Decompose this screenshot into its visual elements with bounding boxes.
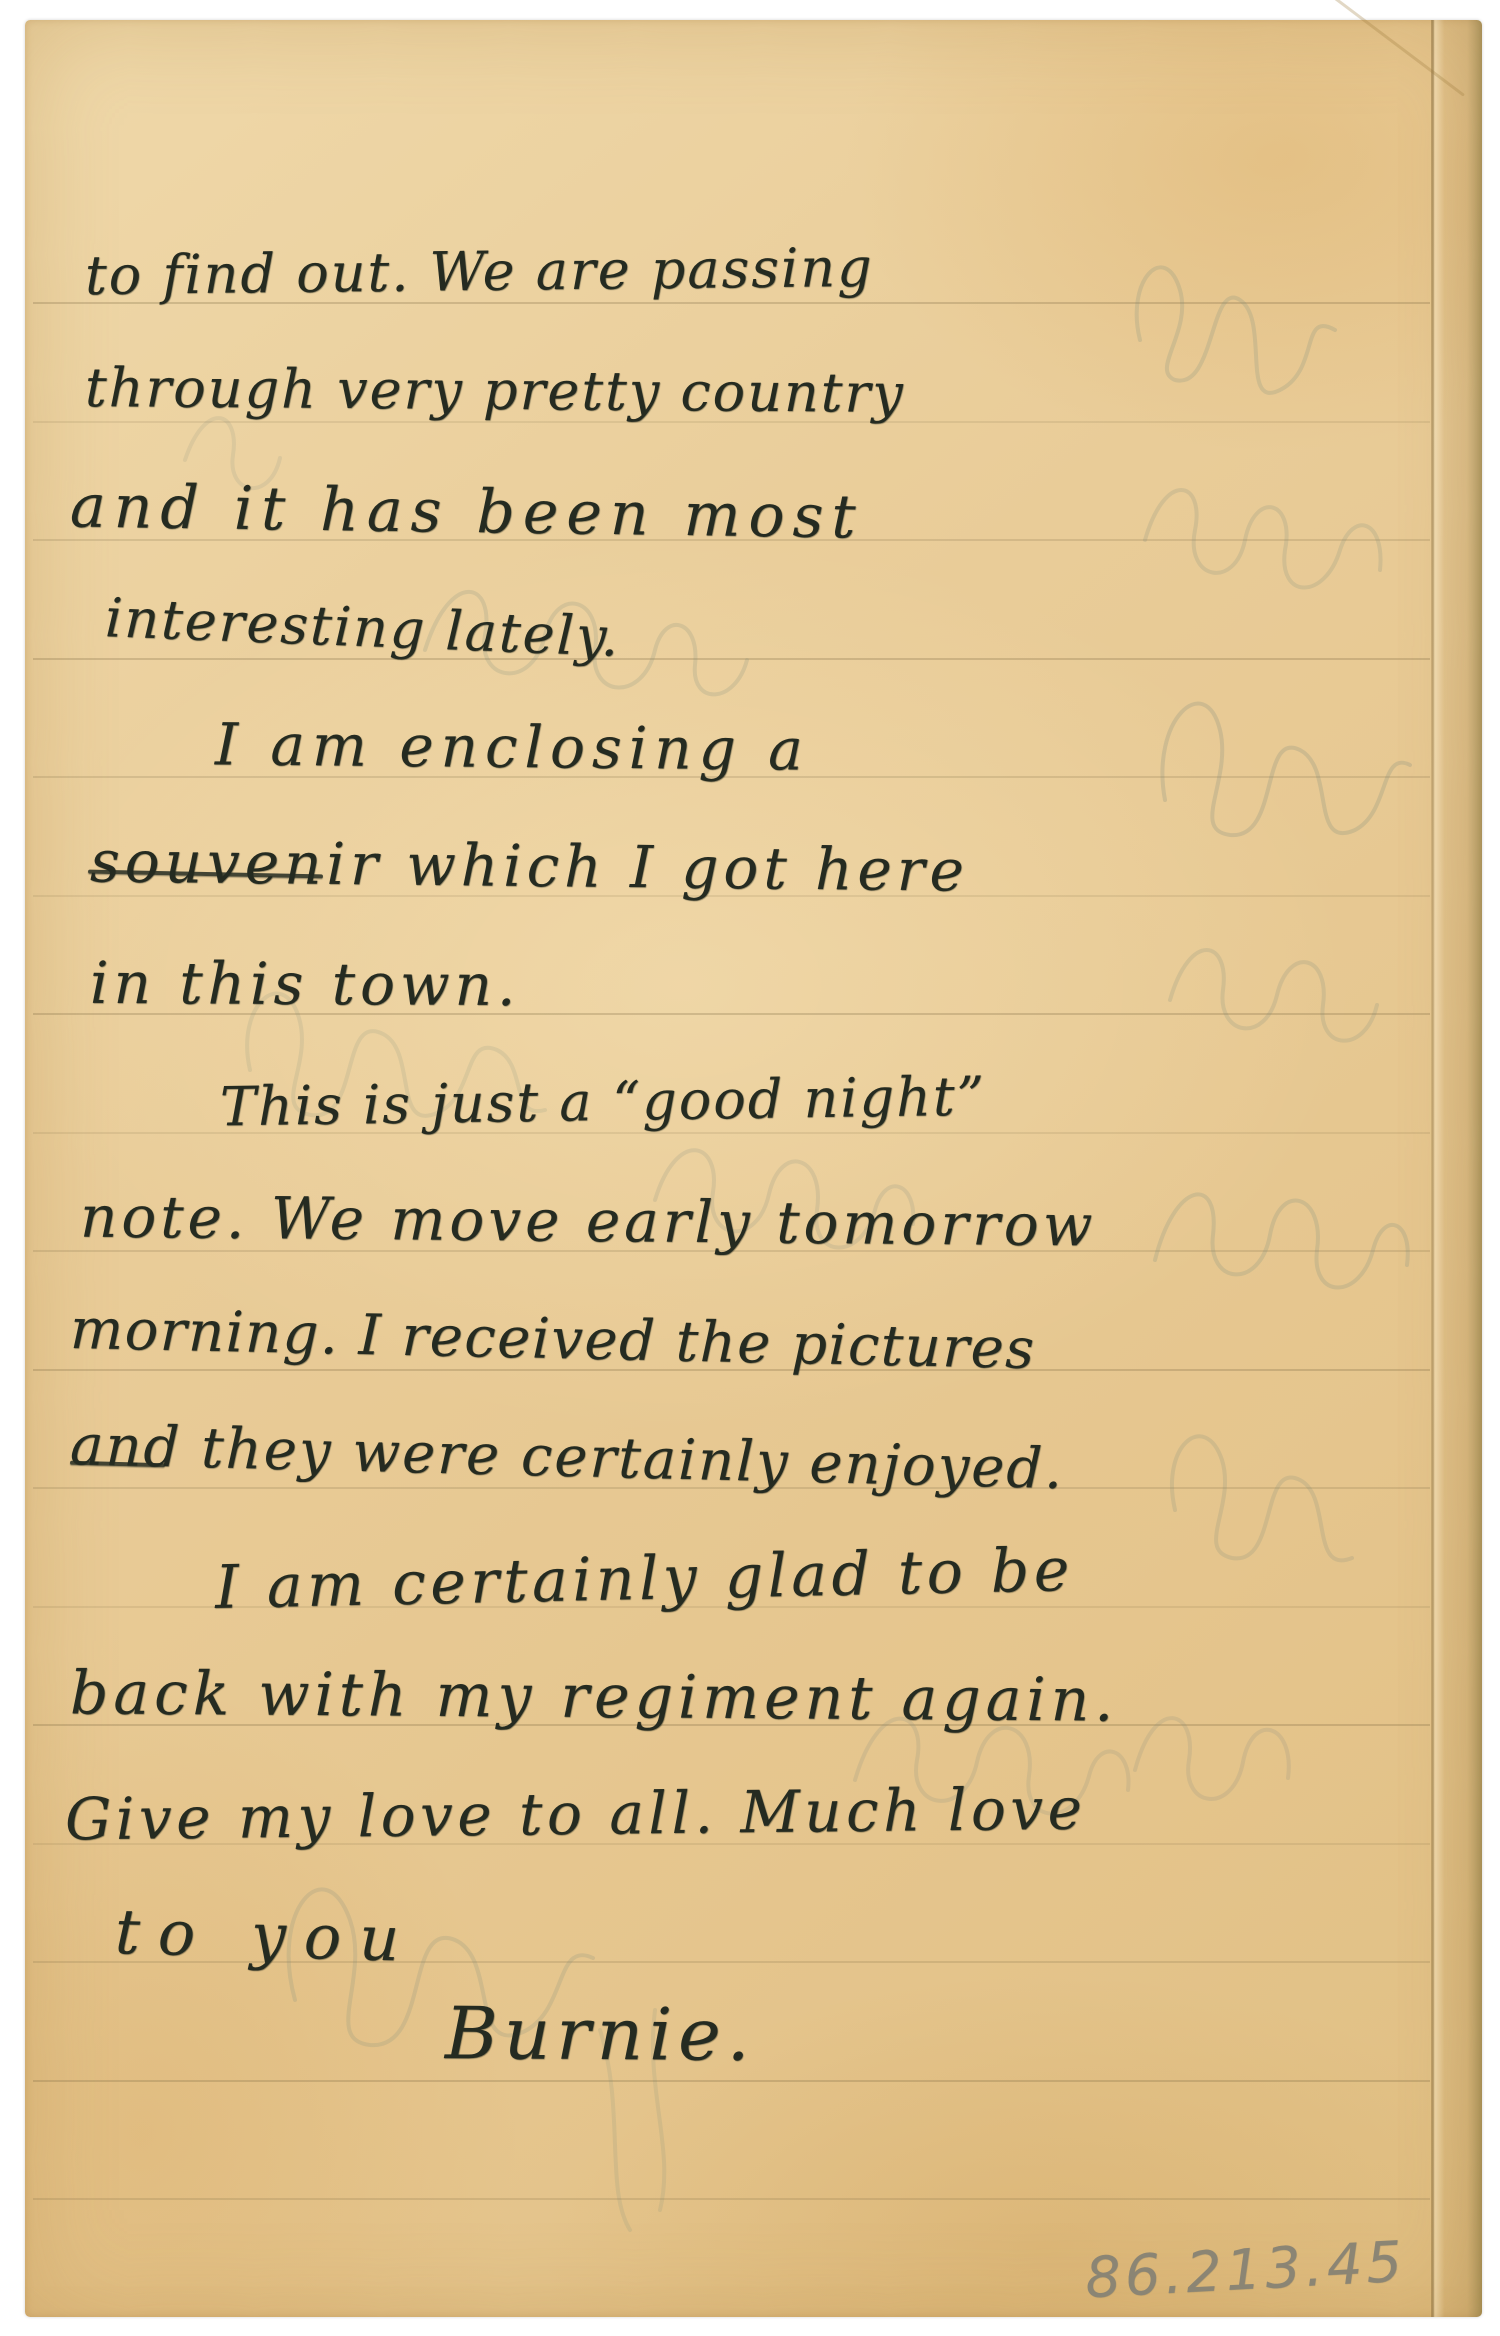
ruled-line xyxy=(33,2080,1430,2082)
letter-line: to find out. We are passing xyxy=(85,238,874,306)
letter-line: note. We move early tomorrow xyxy=(80,1186,1097,1259)
letter-line: through very pretty country xyxy=(85,358,905,423)
letter-scan: to find out. We are passing through very… xyxy=(0,0,1500,2336)
signature: Burnie. xyxy=(445,1994,756,2075)
letter-line: in this town. xyxy=(90,952,521,1018)
letter-line: This is just a “good night” xyxy=(220,1067,987,1137)
letter-line: back with my regiment again. xyxy=(70,1660,1119,1733)
letter-line: I am enclosing a xyxy=(215,713,810,782)
page-fold-edge xyxy=(1432,20,1482,2317)
letter-line: and it has been most xyxy=(70,473,864,550)
ruled-line xyxy=(33,2198,1430,2200)
ruled-line xyxy=(33,658,1430,660)
letter-line: Give my love to all. Much love xyxy=(65,1778,1087,1852)
letter-line: souvenir which I got here xyxy=(90,830,970,903)
letter-line: to you xyxy=(114,1898,418,1974)
